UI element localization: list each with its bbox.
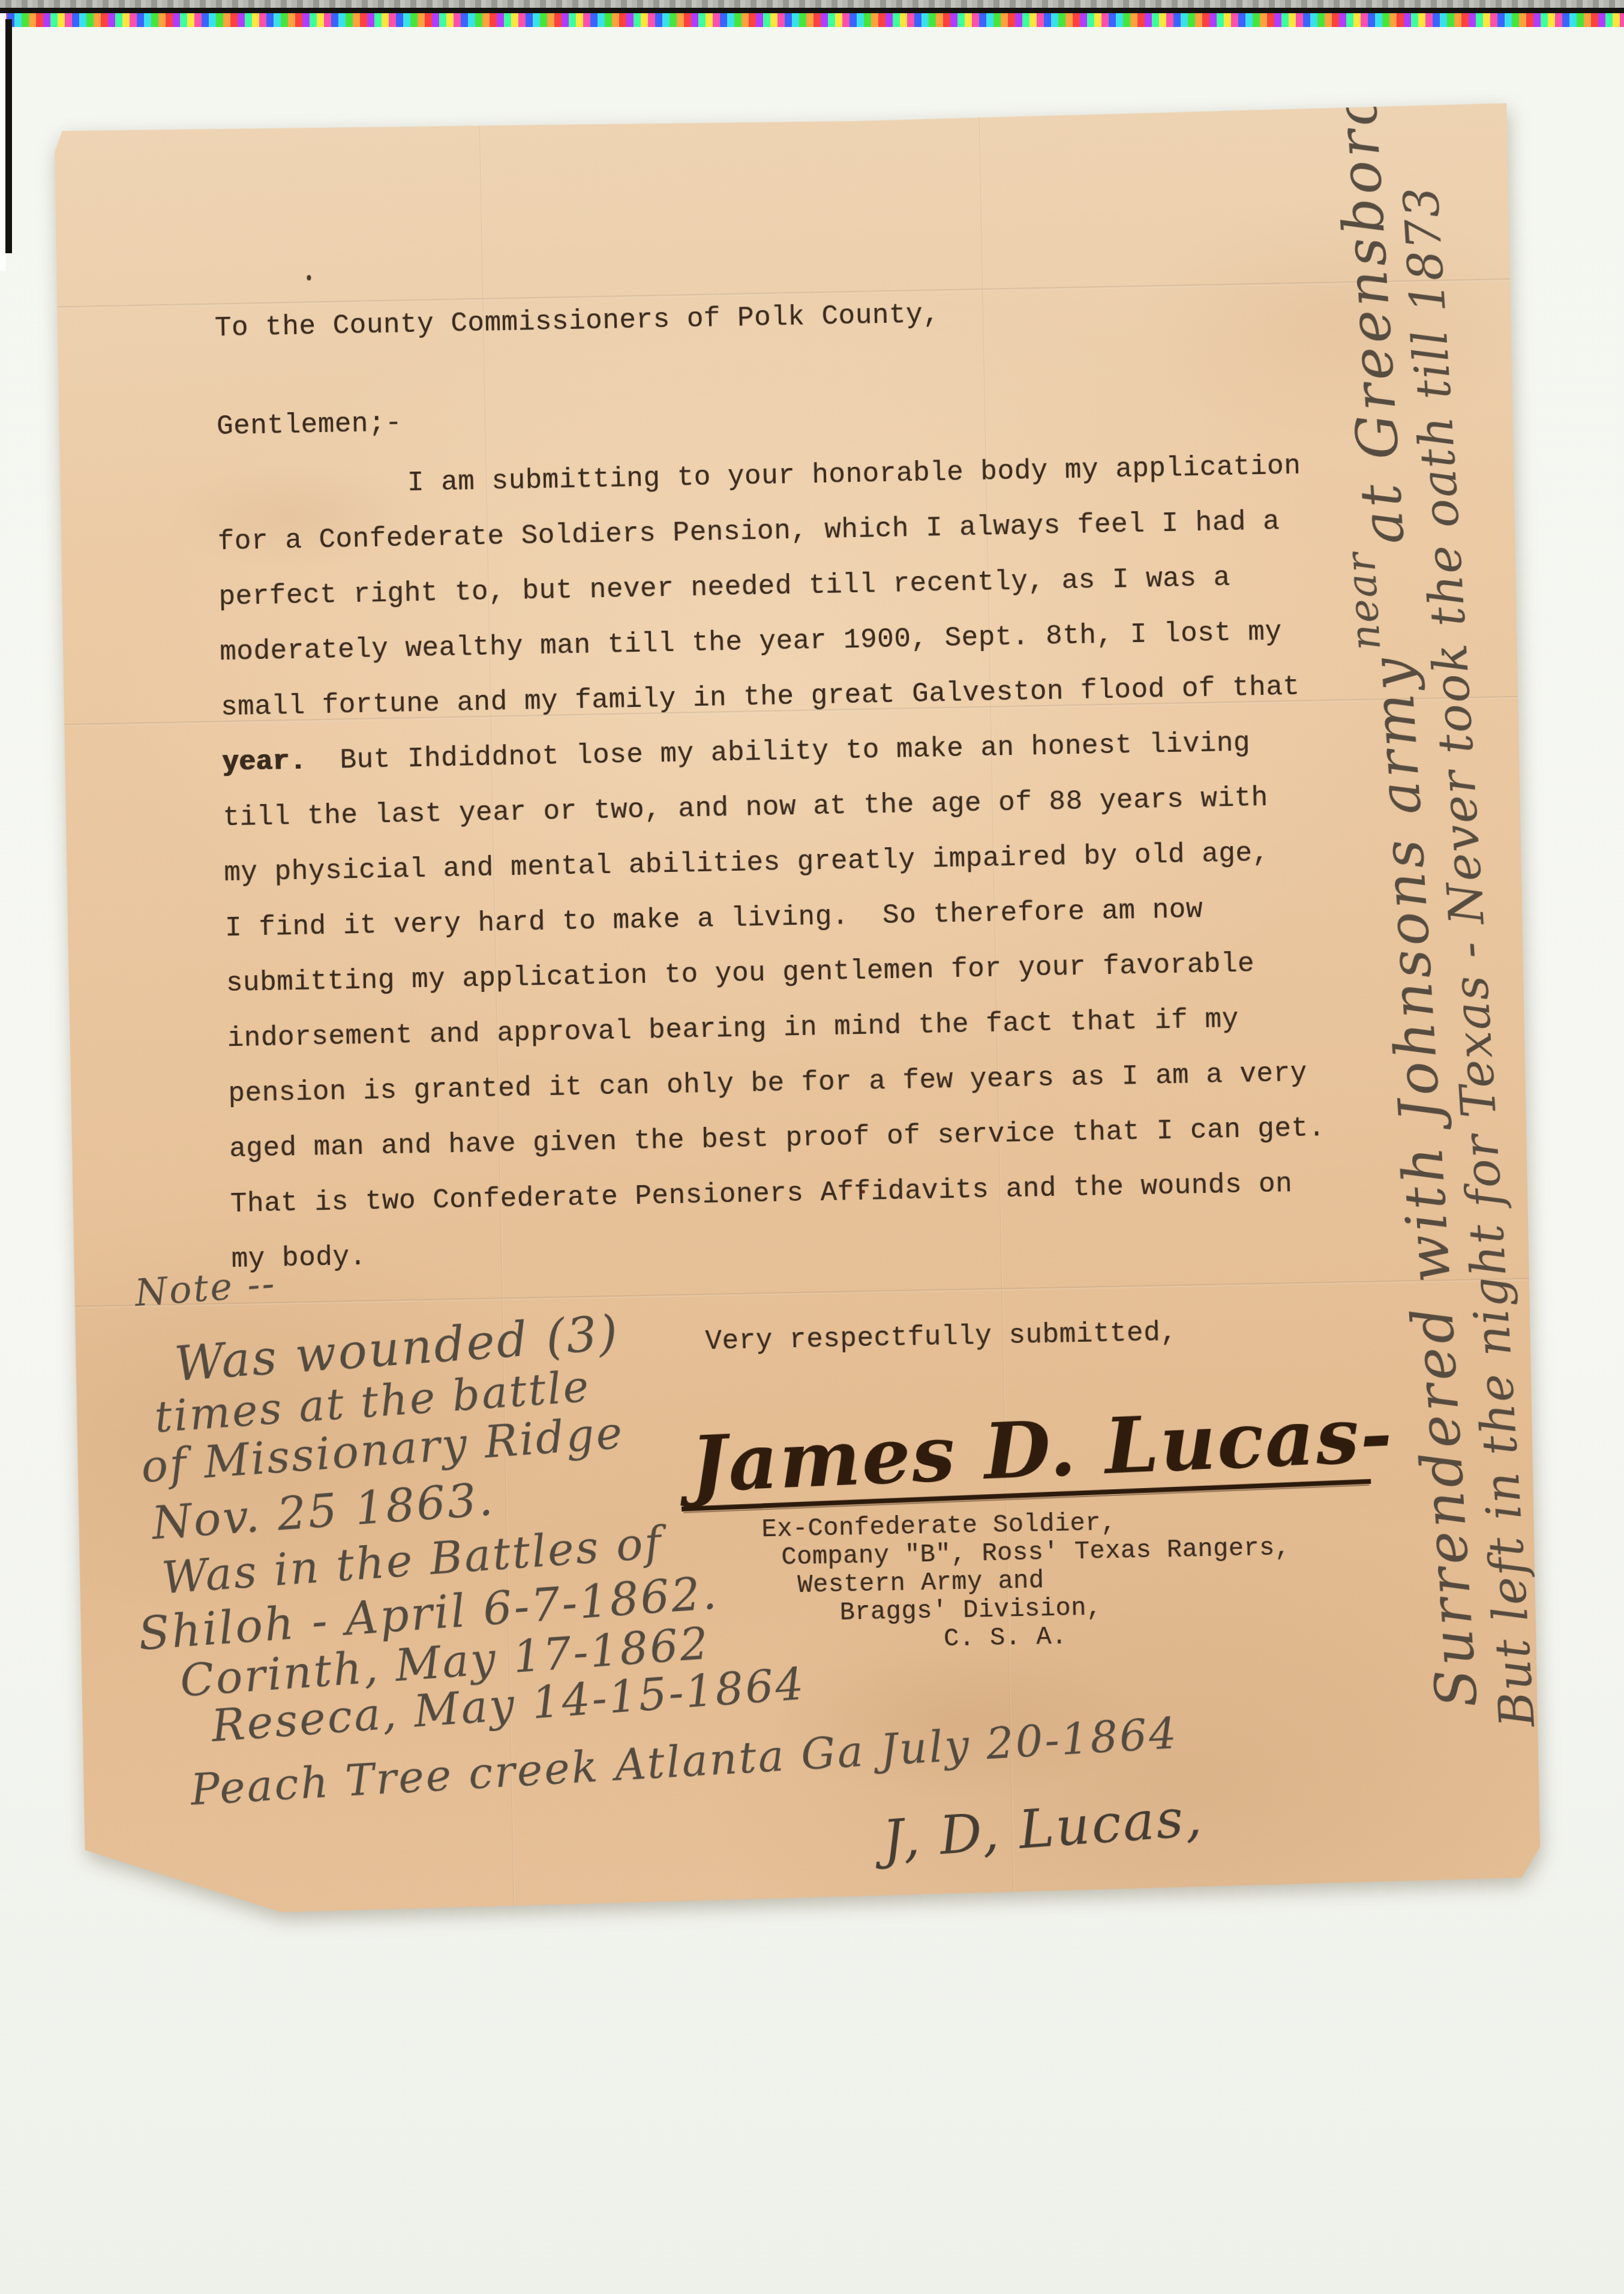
signature-block: Ex-Confederate Soldier, Company "B", Ros… <box>761 1506 1292 1657</box>
margin-note-inserted-word: near <box>1336 550 1389 652</box>
scanner-left-edge-line <box>5 19 12 253</box>
handwritten-note-label: Note -- <box>133 1261 277 1315</box>
recipient-line: To the County Commissioners of Polk Coun… <box>215 299 940 344</box>
closing-line: Very respectfully submitted, <box>705 1317 1178 1357</box>
overtyped-word: year. <box>221 746 307 779</box>
scanner-edge-line <box>0 8 1624 13</box>
letter-page: To the County Commissioners of Polk Coun… <box>52 103 1541 1916</box>
letter-body: I am submitting to your honorable body m… <box>216 438 1328 1287</box>
handwritten-signature-jd-lucas: J, D, Lucas, <box>881 1786 1205 1870</box>
scanner-noise-strip <box>0 0 1624 8</box>
greeting-line: Gentlemen;- <box>217 407 403 442</box>
paper-speck <box>307 275 311 280</box>
paper-sheet: To the County Commissioners of Polk Coun… <box>52 103 1541 1916</box>
scanner-calibration-strip <box>0 13 1624 27</box>
body-line-rest: But Ihdiddnot lose my ability to make an… <box>306 727 1251 776</box>
